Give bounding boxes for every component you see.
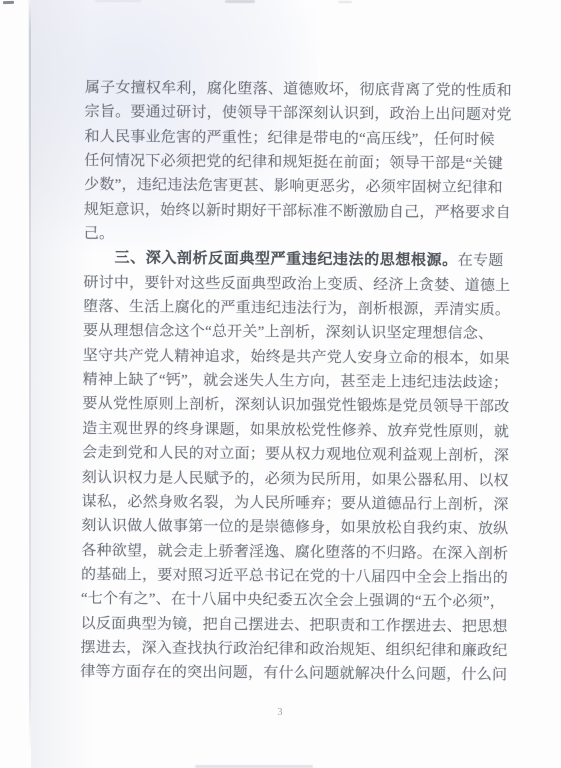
text-line: 各种欲望，就会走上骄奢淫逸、腐化堕落的不归路。在深入剖析 — [81, 539, 507, 567]
body-text: 在专题 — [458, 253, 504, 269]
body-text: 摆进去，深入查找执行政治纪律和政治规矩、组织纪律和廉政纪 — [80, 640, 507, 659]
text-line: 造主观世界的终身课题，如果放松党性修养、放弃党性原则，就 — [82, 417, 508, 445]
text-line: 属子女擅权牟利，腐化堕落、道德败坏，彻底背离了党的性质和 — [85, 76, 511, 104]
body-text: 各种欲望，就会走上骄奢淫逸、腐化堕落的不归路。在深入剖析 — [81, 543, 508, 562]
body-text: 属子女擅权牟利，腐化堕落、道德败坏，彻底背离了党的性质和 — [85, 80, 512, 99]
text-line: 律等方面存在的突出问题，有什么问题就解决什么问题，什么问 — [80, 660, 506, 688]
document-text: 属子女擅权牟利，腐化堕落、道德败坏，彻底背离了党的性质和宗旨。要通过研讨，使领导… — [80, 76, 511, 688]
body-text: 要从党性原则上剖析，深刻认识加强党性锻炼是党员领导干部改 — [82, 396, 509, 415]
text-line: 精神上缺了“钙”，就会迷失人生方向，甚至走上违纪违法歧途； — [83, 368, 509, 396]
body-text: 任何情况下必须把党的纪律和规矩挺在前面；领导干部是“关键 — [84, 153, 503, 172]
body-text: 要从理想信念这个“总开关”上剖析，深刻认识坚定理想信念、 — [83, 323, 493, 342]
text-line: 会走到党和人民的对立面；要从权力观地位观利益观上剖析，深 — [82, 441, 508, 469]
body-text: 律等方面存在的突出问题，有什么问题就解决什么问题，什么问 — [80, 664, 507, 683]
body-text: “七个有之”、在十八届中央纪委五次全会上强调的“五个必须”， — [81, 591, 505, 610]
body-text: 谋私，必然身败名裂，为人民所唾弃；要从道德品行上剖析，深 — [82, 494, 509, 513]
body-text: 己。 — [84, 226, 115, 242]
text-line: 以反面典型为镜，把自己摆进去、把职责和工作摆进去、把思想 — [81, 612, 507, 640]
body-text: 堕落、生活上腐化的严重违纪违法行为，剖析根源，弄清实质。 — [83, 299, 510, 318]
page-number: 3 — [0, 707, 561, 718]
text-line: 坚守共产党人精神追求，始终是共产党人安身立命的根本，如果 — [83, 344, 509, 372]
text-line: 少数”，违纪违法危害更甚、影响更恶劣，必须牢固树立纪律和 — [84, 173, 510, 201]
text-line: 和人民事业危害的严重性；纪律是带电的“高压线”，任何时候 — [84, 125, 510, 153]
body-text: 以反面典型为镜，把自己摆进去、把职责和工作摆进去、把思想 — [81, 616, 508, 635]
scan-smudge — [225, 0, 255, 3]
text-line: 刻认识权力是人民赋予的，必须为民所用，如果公器私用、以权 — [82, 465, 508, 493]
text-line: 要从理想信念这个“总开关”上剖析，深刻认识坚定理想信念、 — [83, 319, 509, 347]
body-text: 的基础上，要对照习近平总书记在党的十八届四中全会上指出的 — [81, 567, 508, 586]
scan-smudge — [338, 1, 352, 3]
body-text: 坚守共产党人精神追求，始终是共产党人安身立命的根本，如果 — [83, 348, 510, 367]
scanned-document-page: 属子女擅权牟利，腐化堕落、道德败坏，彻底背离了党的性质和宗旨。要通过研讨，使领导… — [0, 0, 561, 768]
scan-smudge — [95, 0, 141, 2]
text-line: 三、深入剖析反面典型严重违纪违法的思想根源。在专题 — [83, 246, 509, 274]
text-line: 己。 — [84, 222, 510, 250]
text-line: 堕落、生活上腐化的严重违纪违法行为，剖析根源，弄清实质。 — [83, 295, 509, 323]
body-text: 宗旨。要通过研讨，使领导干部深刻认识到，政治上出问题对党 — [85, 104, 512, 123]
text-line: 任何情况下必须把党的纪律和规矩挺在前面；领导干部是“关键 — [84, 149, 510, 177]
text-line: 要从党性原则上剖析，深刻认识加强党性锻炼是党员领导干部改 — [82, 392, 508, 420]
text-line: 谋私，必然身败名裂，为人民所唾弃；要从道德品行上剖析，深 — [82, 490, 508, 518]
text-line: 宗旨。要通过研讨，使领导干部深刻认识到，政治上出问题对党 — [85, 100, 511, 128]
body-text: 精神上缺了“钙”，就会迷失人生方向，甚至走上违纪违法歧途； — [83, 372, 509, 391]
page-edge-line — [29, 0, 31, 752]
body-text: 造主观世界的终身课题，如果放松党性修养、放弃党性原则，就 — [82, 421, 509, 440]
body-text: 刻认识权力是人民赋予的，必须为民所用，如果公器私用、以权 — [82, 469, 509, 488]
text-line: 规矩意识，始终以新时期好干部标准不断激励自己，严格要求自 — [84, 198, 510, 226]
text-line: 研讨中，要针对这些反面典型政治上变质、经济上贪婪、道德上 — [83, 271, 509, 299]
text-line: 摆进去，深入查找执行政治纪律和政治规矩、组织纪律和廉政纪 — [80, 636, 506, 664]
body-text: 刻认识做人做事第一位的是崇德修身，如果放松自我约束、放纵 — [81, 518, 508, 537]
body-text: 研讨中，要针对这些反面典型政治上变质、经济上贪婪、道德上 — [83, 275, 510, 294]
body-text: 和人民事业危害的严重性；纪律是带电的“高压线”，任何时候 — [84, 129, 494, 148]
text-line: “七个有之”、在十八届中央纪委五次全会上强调的“五个必须”， — [81, 587, 507, 615]
section-heading: 三、深入剖析反面典型严重违纪违法的思想根源。 — [115, 251, 458, 270]
body-text: 会走到党和人民的对立面；要从权力观地位观利益观上剖析，深 — [82, 445, 509, 464]
text-line: 刻认识做人做事第一位的是崇德修身，如果放松自我约束、放纵 — [81, 514, 507, 542]
text-line: 的基础上，要对照习近平总书记在党的十八届四中全会上指出的 — [81, 563, 507, 591]
body-text: 规矩意识，始终以新时期好干部标准不断激励自己，严格要求自 — [84, 202, 511, 221]
scan-corner-mark — [3, 1, 14, 4]
body-text: 少数”，违纪违法危害更甚、影响更恶劣，必须牢固树立纪律和 — [84, 177, 503, 196]
